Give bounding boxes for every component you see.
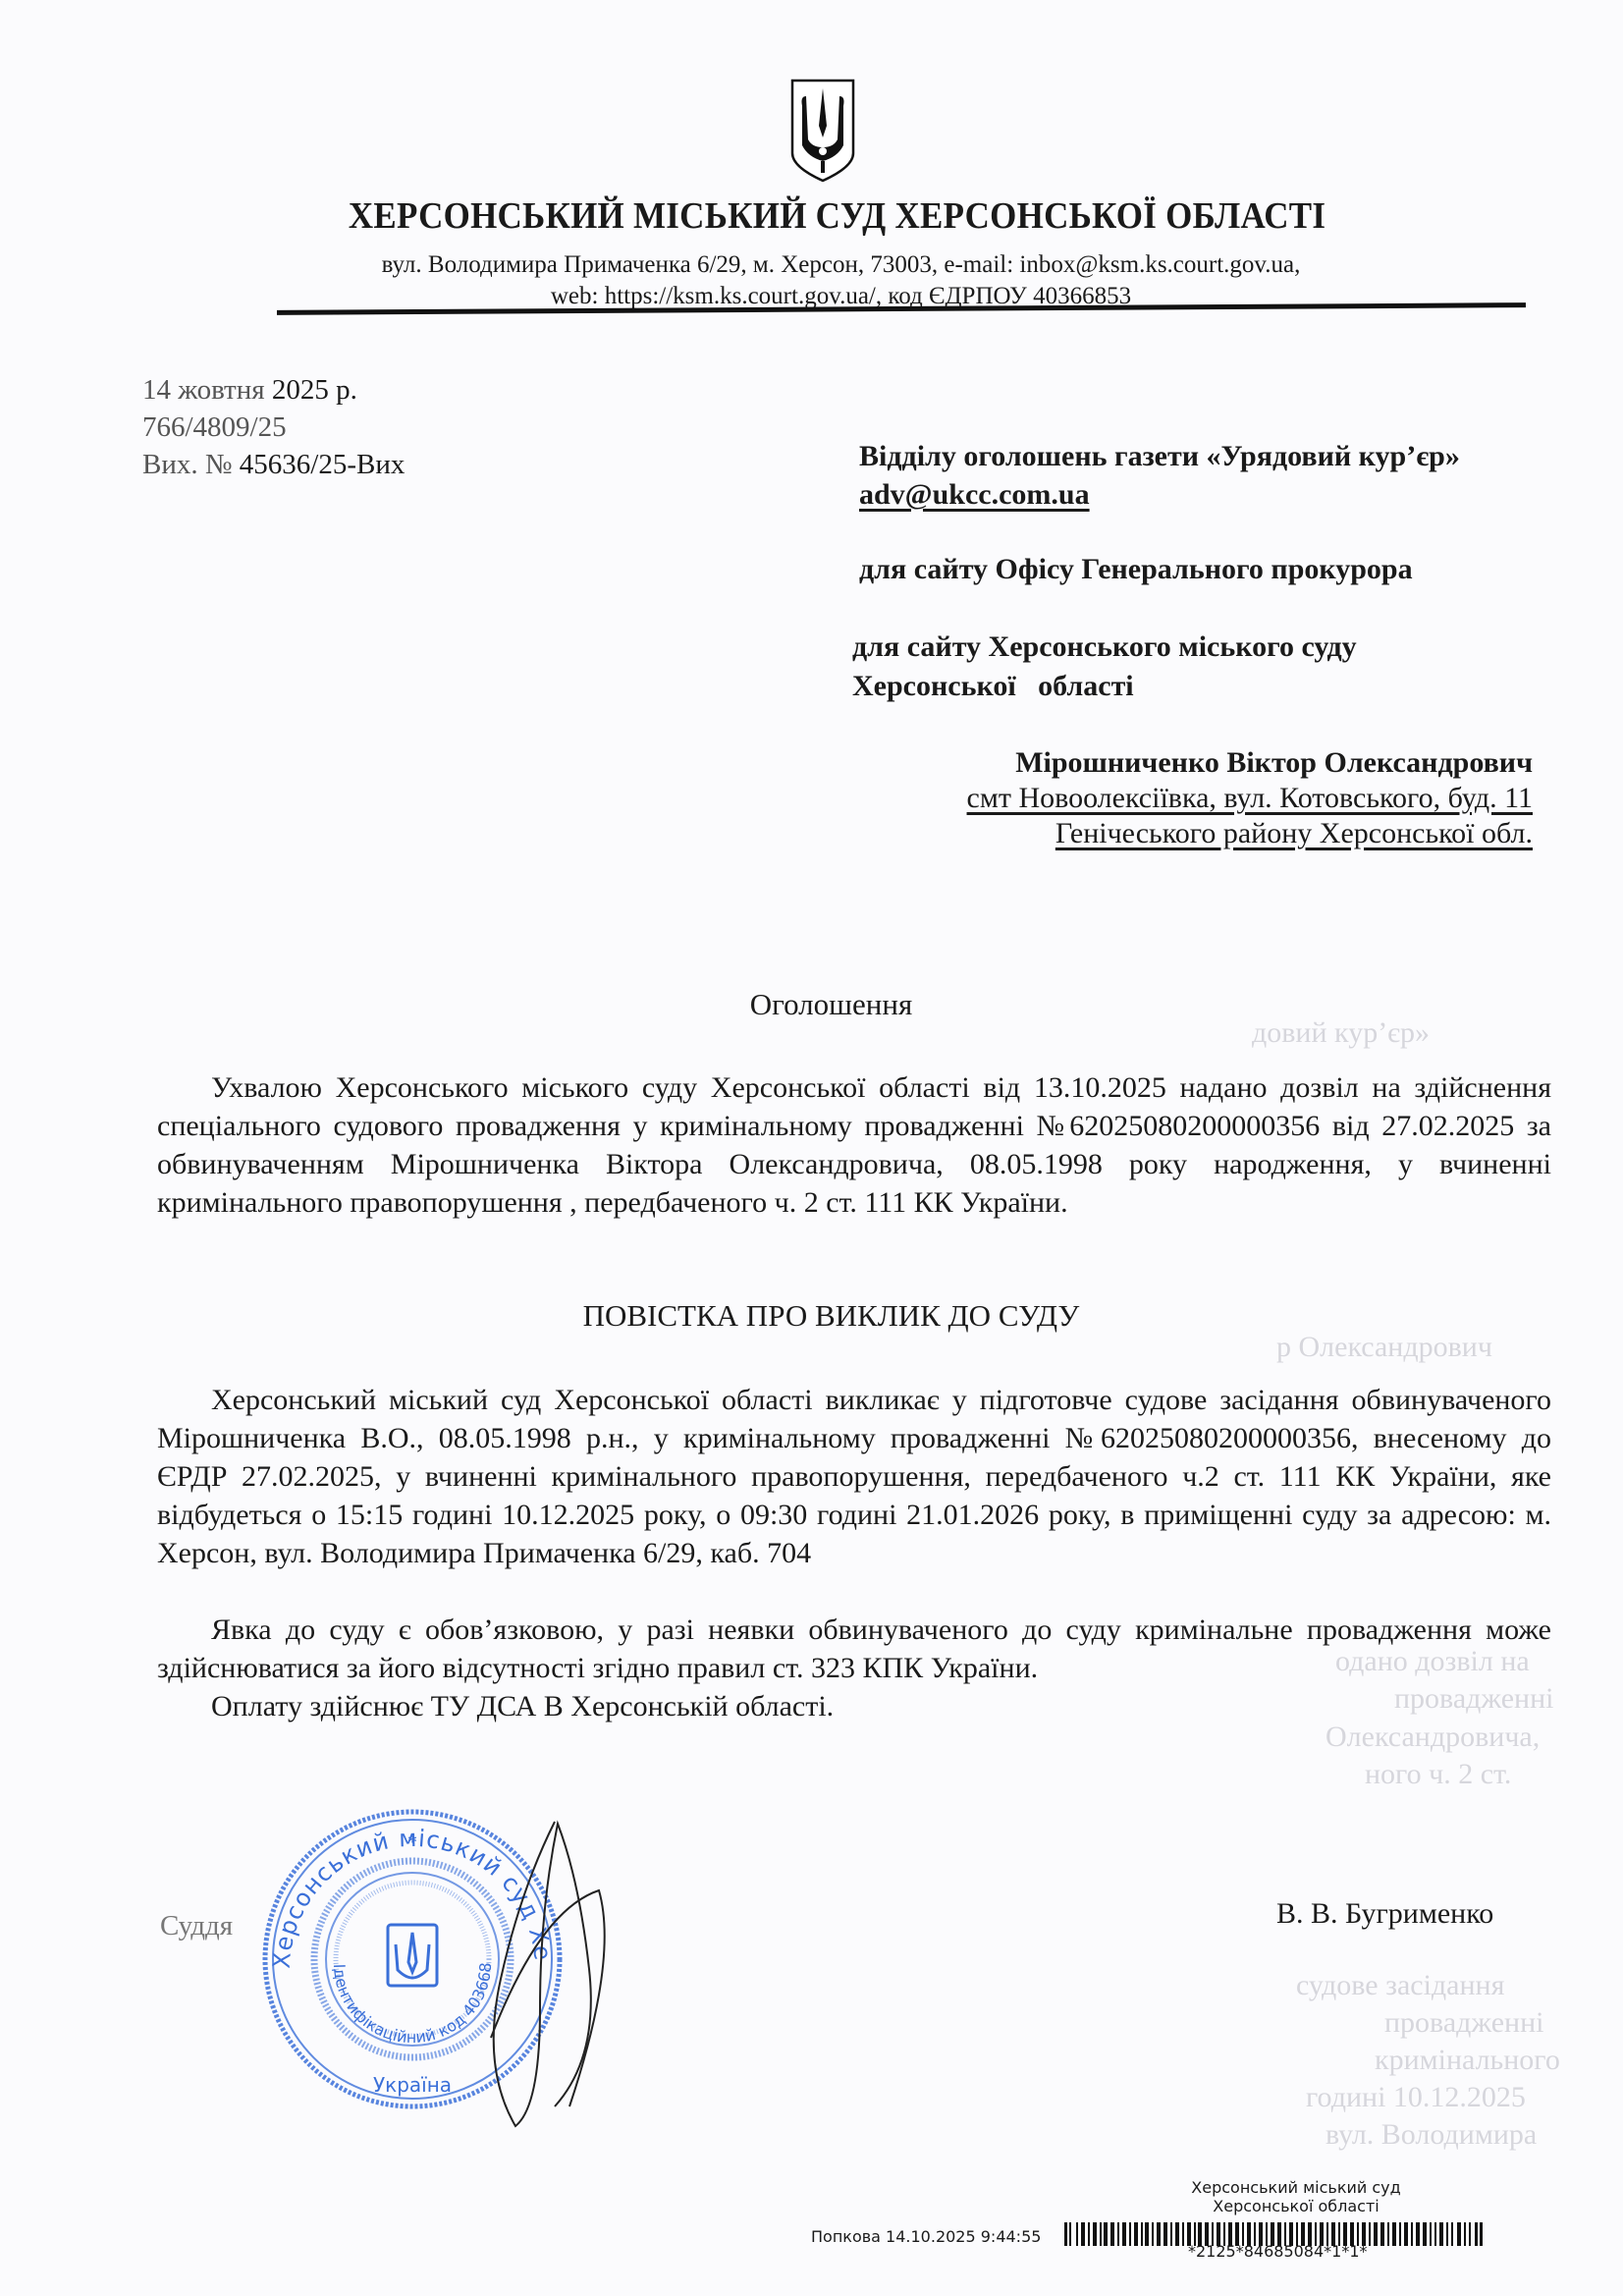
addressee-prosecutor-site: для сайту Офісу Генерального прокурора bbox=[859, 553, 1413, 586]
summons-text: Херсонський міський суд Херсонської обла… bbox=[157, 1381, 1551, 1572]
coat-of-arms-icon bbox=[788, 77, 857, 185]
case-number: 766/4809/25 bbox=[142, 409, 405, 446]
bleed-through-text: Олександровича, bbox=[1325, 1721, 1540, 1754]
court-address-line: вул. Володимира Примаченка 6/29, м. Херс… bbox=[59, 249, 1623, 281]
bleed-through-text: судове засідання bbox=[1296, 1969, 1504, 2002]
addressee-court-site-region: Херсонської області bbox=[852, 670, 1134, 703]
newspaper-email-link[interactable]: adv@ukcc.com.ua bbox=[859, 478, 1090, 512]
person-name: Мірошниченко Віктор Олександрович bbox=[967, 746, 1533, 780]
outgoing-number: Вих. № 45636/25-Вих bbox=[142, 446, 405, 483]
svg-text:*: * bbox=[407, 1831, 417, 1853]
announcement-title: Оголошення bbox=[0, 987, 1623, 1022]
payment-note: Оплату здійснює ТУ ДСА В Херсонській обл… bbox=[157, 1687, 1551, 1725]
bleed-through-text: провадженні bbox=[1384, 2006, 1544, 2040]
addressee-person: Мірошниченко Віктор Олександрович смт Но… bbox=[967, 746, 1533, 850]
registry-clerk-timestamp: Попкова 14.10.2025 9:44:55 bbox=[811, 2227, 1041, 2246]
court-name-heading: ХЕРСОНСЬКИЙ МІСЬКИЙ СУД ХЕРСОНСЬКОЇ ОБЛА… bbox=[68, 194, 1561, 238]
attendance-note: Явка до суду є обов’язковою, у разі неяв… bbox=[157, 1611, 1551, 1687]
handwritten-signature bbox=[461, 1812, 609, 2136]
judge-name: В. В. Бугрименко bbox=[1276, 1897, 1493, 1931]
document-date: 14 жовтня 2025 р. bbox=[142, 371, 405, 409]
announcement-text: Ухвалою Херсонського міського суду Херсо… bbox=[157, 1068, 1551, 1222]
bleed-through-text: р Олександрович bbox=[1276, 1331, 1492, 1364]
bleed-through-text: вул. Володимира bbox=[1325, 2118, 1537, 2152]
bleed-through-text: годині 10.12.2025 bbox=[1306, 2081, 1526, 2114]
document-reference: 14 жовтня 2025 р. 766/4809/25 Вих. № 456… bbox=[142, 371, 405, 483]
registry-court-name: Херсонський міський суд Херсонської обла… bbox=[1159, 2178, 1434, 2215]
barcode-number: *2125*84685084*1*1* bbox=[1188, 2242, 1368, 2261]
addressee-newspaper: Відділу оголошень газети «Урядовий кур’є… bbox=[859, 440, 1460, 473]
bleed-through-text: кримінального bbox=[1375, 2044, 1560, 2077]
svg-text:Україна: Україна bbox=[373, 2073, 452, 2097]
bleed-through-text: ного ч. 2 ст. bbox=[1365, 1758, 1511, 1791]
person-address-district: Генічеського району Херсонської обл. bbox=[967, 817, 1533, 850]
summons-title: ПОВІСТКА ПРО ВИКЛИК ДО СУДУ bbox=[0, 1298, 1623, 1334]
judge-role-label: Суддя bbox=[160, 1910, 233, 1942]
addressee-court-site: для сайту Херсонського міського суду bbox=[852, 630, 1357, 664]
person-address-line: смт Новоолексіївка, вул. Котовського, бу… bbox=[967, 782, 1533, 815]
